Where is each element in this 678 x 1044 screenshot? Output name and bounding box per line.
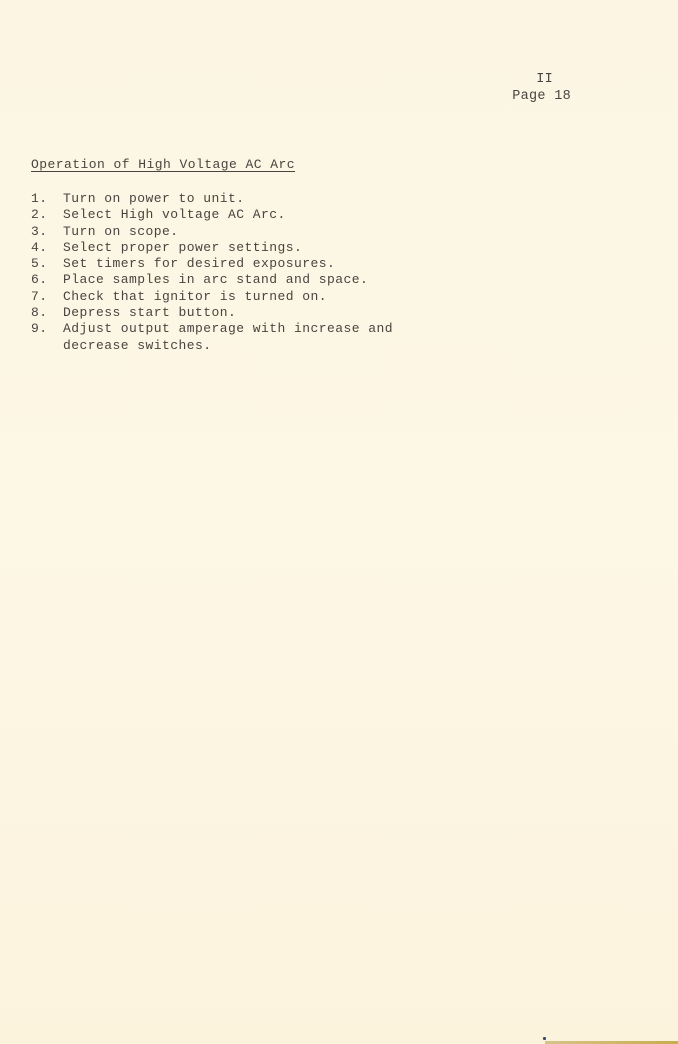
section-number: II	[512, 71, 571, 88]
step-item: 2.Select High voltage AC Arc.	[31, 207, 423, 223]
step-number: 5.	[31, 256, 63, 272]
step-number: 7.	[31, 289, 63, 305]
step-text: Set timers for desired exposures.	[63, 256, 423, 272]
step-item: 7.Check that ignitor is turned on.	[31, 289, 423, 305]
step-text: Check that ignitor is turned on.	[63, 289, 423, 305]
step-text: Place samples in arc stand and space.	[63, 272, 423, 288]
step-item: 6.Place samples in arc stand and space.	[31, 272, 423, 288]
step-item: 9.Adjust output amperage with increase a…	[31, 321, 423, 354]
page-number: Page 18	[512, 89, 571, 104]
step-number: 8.	[31, 305, 63, 321]
step-number: 3.	[31, 224, 63, 240]
step-number: 9.	[31, 321, 63, 354]
step-number: 2.	[31, 207, 63, 223]
step-number: 6.	[31, 272, 63, 288]
document-page: II Page 18 Operation of High Voltage AC …	[0, 0, 678, 1044]
step-item: 3.Turn on scope.	[31, 224, 423, 240]
step-text: Select proper power settings.	[63, 240, 423, 256]
step-text: Turn on scope.	[63, 224, 423, 240]
step-number: 4.	[31, 240, 63, 256]
step-text: Adjust output amperage with increase and…	[63, 321, 423, 354]
section-title: Operation of High Voltage AC Arc	[31, 157, 295, 172]
step-item: 5.Set timers for desired exposures.	[31, 256, 423, 272]
step-text: Turn on power to unit.	[63, 191, 423, 207]
procedure-steps: 1.Turn on power to unit. 2.Select High v…	[31, 191, 423, 354]
ink-speck	[543, 1037, 546, 1040]
page-header: II Page 18	[512, 71, 571, 105]
step-item: 1.Turn on power to unit.	[31, 191, 423, 207]
step-item: 8.Depress start button.	[31, 305, 423, 321]
step-number: 1.	[31, 191, 63, 207]
step-item: 4.Select proper power settings.	[31, 240, 423, 256]
step-text: Select High voltage AC Arc.	[63, 207, 423, 223]
step-text: Depress start button.	[63, 305, 423, 321]
